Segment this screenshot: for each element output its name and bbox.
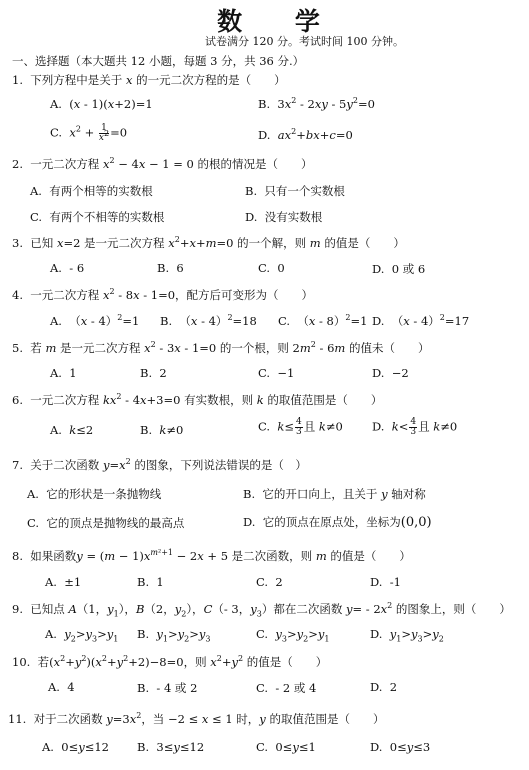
q3-option-b: B. 6	[157, 261, 184, 275]
q8-option-b: B. 1	[137, 575, 164, 589]
q3-option-d: D. 0 或 6	[372, 261, 425, 277]
q1-option-b: B. 3x2 - 2xy - 5y2=0	[258, 97, 375, 111]
q2-option-b: B. 只有一个实数根	[245, 183, 345, 199]
q11-option-d: D. 0≤y≤3	[370, 740, 430, 754]
question-11: 11. 对于二次函数 y=3x2，当 −2 ≤ x ≤ 1 时，y 的取值范围是…	[8, 711, 384, 727]
q7-option-c: C. 它的顶点是抛物线的最高点	[27, 515, 184, 531]
q6-option-b: B. k≠0	[140, 423, 183, 437]
question-10: 10. 若(x2+y2)(x2+y2+2)−8=0，则 x2+y2 的值是（ ）	[12, 654, 327, 670]
q10-option-c: C. - 2 或 4	[256, 680, 316, 696]
question-5: 5. 若 m 是一元二次方程 x2 - 3x - 1=0 的一个根，则 2m2 …	[12, 340, 429, 356]
q6-option-a: A. k≤2	[50, 423, 93, 437]
q7-option-d: D. 它的顶点在原点处，坐标为(0,0)	[243, 514, 432, 530]
q11-option-a: A. 0≤y≤12	[42, 740, 109, 754]
q2-option-a: A. 有两个相等的实数根	[30, 183, 153, 199]
q4-option-d: D. （x - 4）2=17	[372, 313, 469, 329]
question-6: 6. 一元二次方程 kx2 - 4x+3=0 有实数根，则 k 的取值范围是（ …	[12, 392, 382, 408]
question-7: 7. 关于二次函数 y=x2 的图象，下列说法错误的是（ ）	[12, 457, 307, 473]
section-heading: 一、选择题（本大题共 12 小题，每题 3 分，共 36 分.）	[12, 53, 304, 69]
q4-option-b: B. （x - 4）2=18	[160, 313, 257, 329]
question-8: 8. 如果函数y = (m − 1)xm²+1 − 2x + 5 是二次函数，则…	[12, 548, 411, 564]
q5-option-d: D. −2	[372, 366, 409, 380]
q11-option-b: B. 3≤y≤12	[137, 740, 204, 754]
question-4: 4. 一元二次方程 x2 - 8x - 1=0，配方后可变形为（ ）	[12, 287, 313, 303]
q1-option-a: A. (x - 1)(x+2)=1	[50, 97, 153, 111]
q7-option-a: A. 它的形状是一条抛物线	[27, 486, 161, 502]
q5-option-c: C. −1	[258, 366, 294, 380]
q4-option-c: C. （x - 8）2=1	[278, 313, 367, 329]
q9-option-a: A. y2>y3>y1	[45, 627, 118, 641]
q3-option-c: C. 0	[258, 261, 285, 275]
q10-option-a: A. 4	[48, 680, 75, 694]
q11-option-c: C. 0≤y≤1	[256, 740, 316, 754]
q8-option-d: D. -1	[370, 575, 401, 589]
q4-option-a: A. （x - 4）2=1	[50, 313, 139, 329]
q6-option-d: D. k<43且 k≠0	[372, 418, 457, 437]
q3-option-a: A. - 6	[50, 261, 84, 275]
q9-option-d: D. y1>y3>y2	[370, 627, 444, 641]
q1-option-c: C. x2 + 1x2=0	[50, 124, 127, 143]
q2-option-d: D. 没有实数根	[245, 209, 322, 225]
q5-option-b: B. 2	[140, 366, 167, 380]
q10-option-b: B. - 4 或 2	[137, 680, 197, 696]
q2-option-c: C. 有两个不相等的实数根	[30, 209, 164, 225]
q9-option-c: C. y3>y2>y1	[256, 627, 329, 641]
question-3: 3. 已知 x=2 是一元二次方程 x2+x+m=0 的一个解，则 m 的值是（…	[12, 235, 405, 251]
q8-option-c: C. 2	[256, 575, 283, 589]
q5-option-a: A. 1	[50, 366, 77, 380]
q10-option-d: D. 2	[370, 680, 397, 694]
exam-info: 试卷满分 120 分。考试时间 100 分钟。	[205, 33, 404, 49]
question-1: 1. 下列方程中是关于 x 的一元二次方程的是（ ）	[12, 72, 286, 88]
q7-option-b: B. 它的开口向上，且关于 y 轴对称	[243, 486, 426, 502]
q1-option-d: D. ax2+bx+c=0	[258, 128, 353, 142]
q6-option-c: C. k≤43且 k≠0	[258, 418, 343, 437]
q8-option-a: A. ±1	[45, 575, 81, 589]
question-2: 2. 一元二次方程 x2 − 4x − 1 = 0 的根的情况是（ ）	[12, 156, 313, 172]
question-9: 9. 已知点 A（1，y1），B（2，y2），C（- 3，y3）都在二次函数 y…	[12, 601, 511, 617]
q9-option-b: B. y1>y2>y3	[137, 627, 210, 641]
